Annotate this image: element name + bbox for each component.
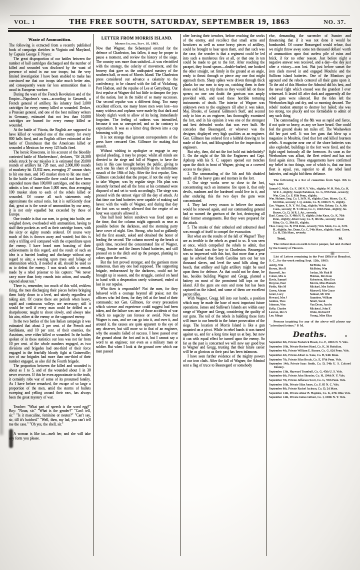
death-notice: September 6th, Private Frederick Brook, … [269,341,351,345]
letter-list-name: Young, Miss Eliza [310,315,351,319]
paragraph: At the battle of Vitoria, the English ar… [9,128,91,150]
list-intro: The richest man on earth is but a pauper… [269,243,351,251]
paragraph: The proportion between the killed and wo… [9,364,91,400]
paragraph: 2. The cannonading of the 5th and 6th di… [183,172,265,181]
paragraph: The great disproportion of our battles b… [9,57,91,93]
paragraph: 3. Our siege works were so close to the … [183,181,265,203]
death-notice: September 10th, Private Silas Jones, Co.… [269,383,351,387]
death-notice: September 7th, Private Jefferson Scott, … [269,379,351,383]
deaths-heading: Deaths. [269,330,351,339]
paragraph: after leaving their trenches, before rea… [183,34,265,150]
death-notice: September 4th, Private Albert A. Sane, C… [269,354,351,358]
scan-smudge [0,295,3,435]
death-notice: September 8th, Private Rachel Jackson, C… [269,388,351,392]
paragraph: Who then is responsible? Not the men, fo… [96,287,178,354]
death-notice: September 13th, Hayward Trumbull, Co. G,… [269,370,351,374]
death-notice: September 10th, Private Herbert Hand, Co… [269,345,351,349]
column-text: Waste of Ammunition.The following is ext… [9,37,91,441]
column-text: else, demanding the surrender of Sumter … [269,34,351,400]
paragraph: The heroic Rosecrans, in his account of … [9,150,91,217]
ink-blot [9,429,13,448]
masthead-rule-thin [8,28,352,29]
column-container: Waste of Ammunition.The following is ext… [7,34,353,556]
death-notice: September 6th, Private John Shearier, Co… [269,375,351,379]
scan-speck [331,252,334,255]
list-intro: The following is a list of casualties fr… [269,179,351,187]
filler-item: Teacher: "What part of speech is the wor… [9,405,91,427]
paragraph: During the wars of the French Revolution… [9,92,91,128]
issue-number-label: NO. 37. [324,20,346,26]
casualty-line: Samuel G. Wald, Co. F, 100 N. Y. Vols., … [269,188,351,198]
paragraph: One half hour before sundown was fixed u… [96,216,178,261]
death-notice: September 14th, Private Abner B. Hopkins… [269,392,351,396]
article-heading: LETTER FROM MORRIS ISLAND. [96,36,178,41]
column-2: LETTER FROM MORRIS ISLAND.Morris Island,… [93,34,180,556]
masthead-rule-thick [8,30,352,32]
scan-speck [345,335,347,337]
paragraph: With Wagner, Gregg fell into our hands, … [183,297,265,355]
death-notice: September 7th, Private Silas Brook, Co. … [269,358,351,362]
list-intro: Persons inquiring for any of the above w… [269,320,351,328]
paragraph: Now that Wagner, the Sebastopol erected … [96,47,178,136]
column-text: LETTER FROM MORRIS ISLAND.Morris Island,… [96,36,178,354]
paragraph: 4. They had every reason to believe the … [183,203,265,225]
newspaper-page: VOL. 1 THE FREE SOUTH, SATURDAY, SEPTEMB… [0,0,360,570]
paragraph: The cannonading of the 8th was as rapid … [269,119,351,177]
letters-list: Ashby, WmMcBride, JasBrown, Mrs RMcBrien… [269,264,351,318]
filler-item: A woman is like tar—melt her, and she wi… [9,432,91,441]
death-notice: September 14th, Private Isaac Smith, Co.… [269,363,351,370]
list-intro: List of Letters remaining in the Post Of… [269,255,351,263]
total-value: M. [339,237,343,241]
column-text: after leaving their trenches, before rea… [183,34,265,368]
total-row: Total,M. [277,237,343,241]
casualty-line: Thos. Carey, Co. B, 97th Penn., severely… [269,225,351,235]
column-4: else, demanding the surrender of Sumter … [266,34,353,556]
casualty-line: Geo. Wagner, E, N. Y. Vol. Eng., slightl… [269,204,351,214]
dateline: Morris Island, Sept. 10, 1863. [96,42,178,46]
paragraph: 5. The smoke of their unburied and unbur… [183,225,265,234]
casualty-line: Danl. Casey, Co. F, 48th N. Y., slightly… [269,215,351,225]
column-1: Waste of Ammunition.The following is ext… [7,34,93,556]
article-heading: Waste of Ammunition. [9,37,91,42]
paragraph: Without wishing to apologize or engage i… [96,149,178,216]
paragraph: else, demanding the surrender of Sumter … [269,34,351,119]
total-label: Total, [277,237,286,241]
section-rule [271,253,349,254]
death-notice: September 4th, Private William E. Barnes… [269,350,351,354]
paragraph: But what are the results of the fall of … [183,234,265,296]
death-notice: September 14th, Private James Gilbert, C… [269,396,351,400]
paragraph: It is not strange that ignorant correspo… [96,136,178,149]
paragraph: I have seen further evidence of the migh… [183,355,265,368]
scan-smudge [0,168,4,273]
paragraph: One trouble is that our men, in going in… [9,217,91,284]
paragraph: In the two battles of the late Italian c… [9,320,91,365]
column-3: after leaving their trenches, before rea… [180,34,267,556]
paragraph: There is, remember, too much of this wil… [9,284,91,320]
casualty-line: Wm. Holmes, Serg. Co. I, 3d N. H., sligh… [269,198,351,205]
paragraph: But the fort proved stronger, and the ga… [96,260,178,287]
letter-list-name: Lee, Mingo [269,315,310,319]
paragraph: The following is extracted from a recent… [9,44,91,57]
newspaper-title: THE FREE SOUTH, SATURDAY, SEPTEMBER 19, … [69,17,290,26]
paragraph: But why, then, did not the fort hold out… [183,150,265,172]
corner-shade [0,0,70,26]
